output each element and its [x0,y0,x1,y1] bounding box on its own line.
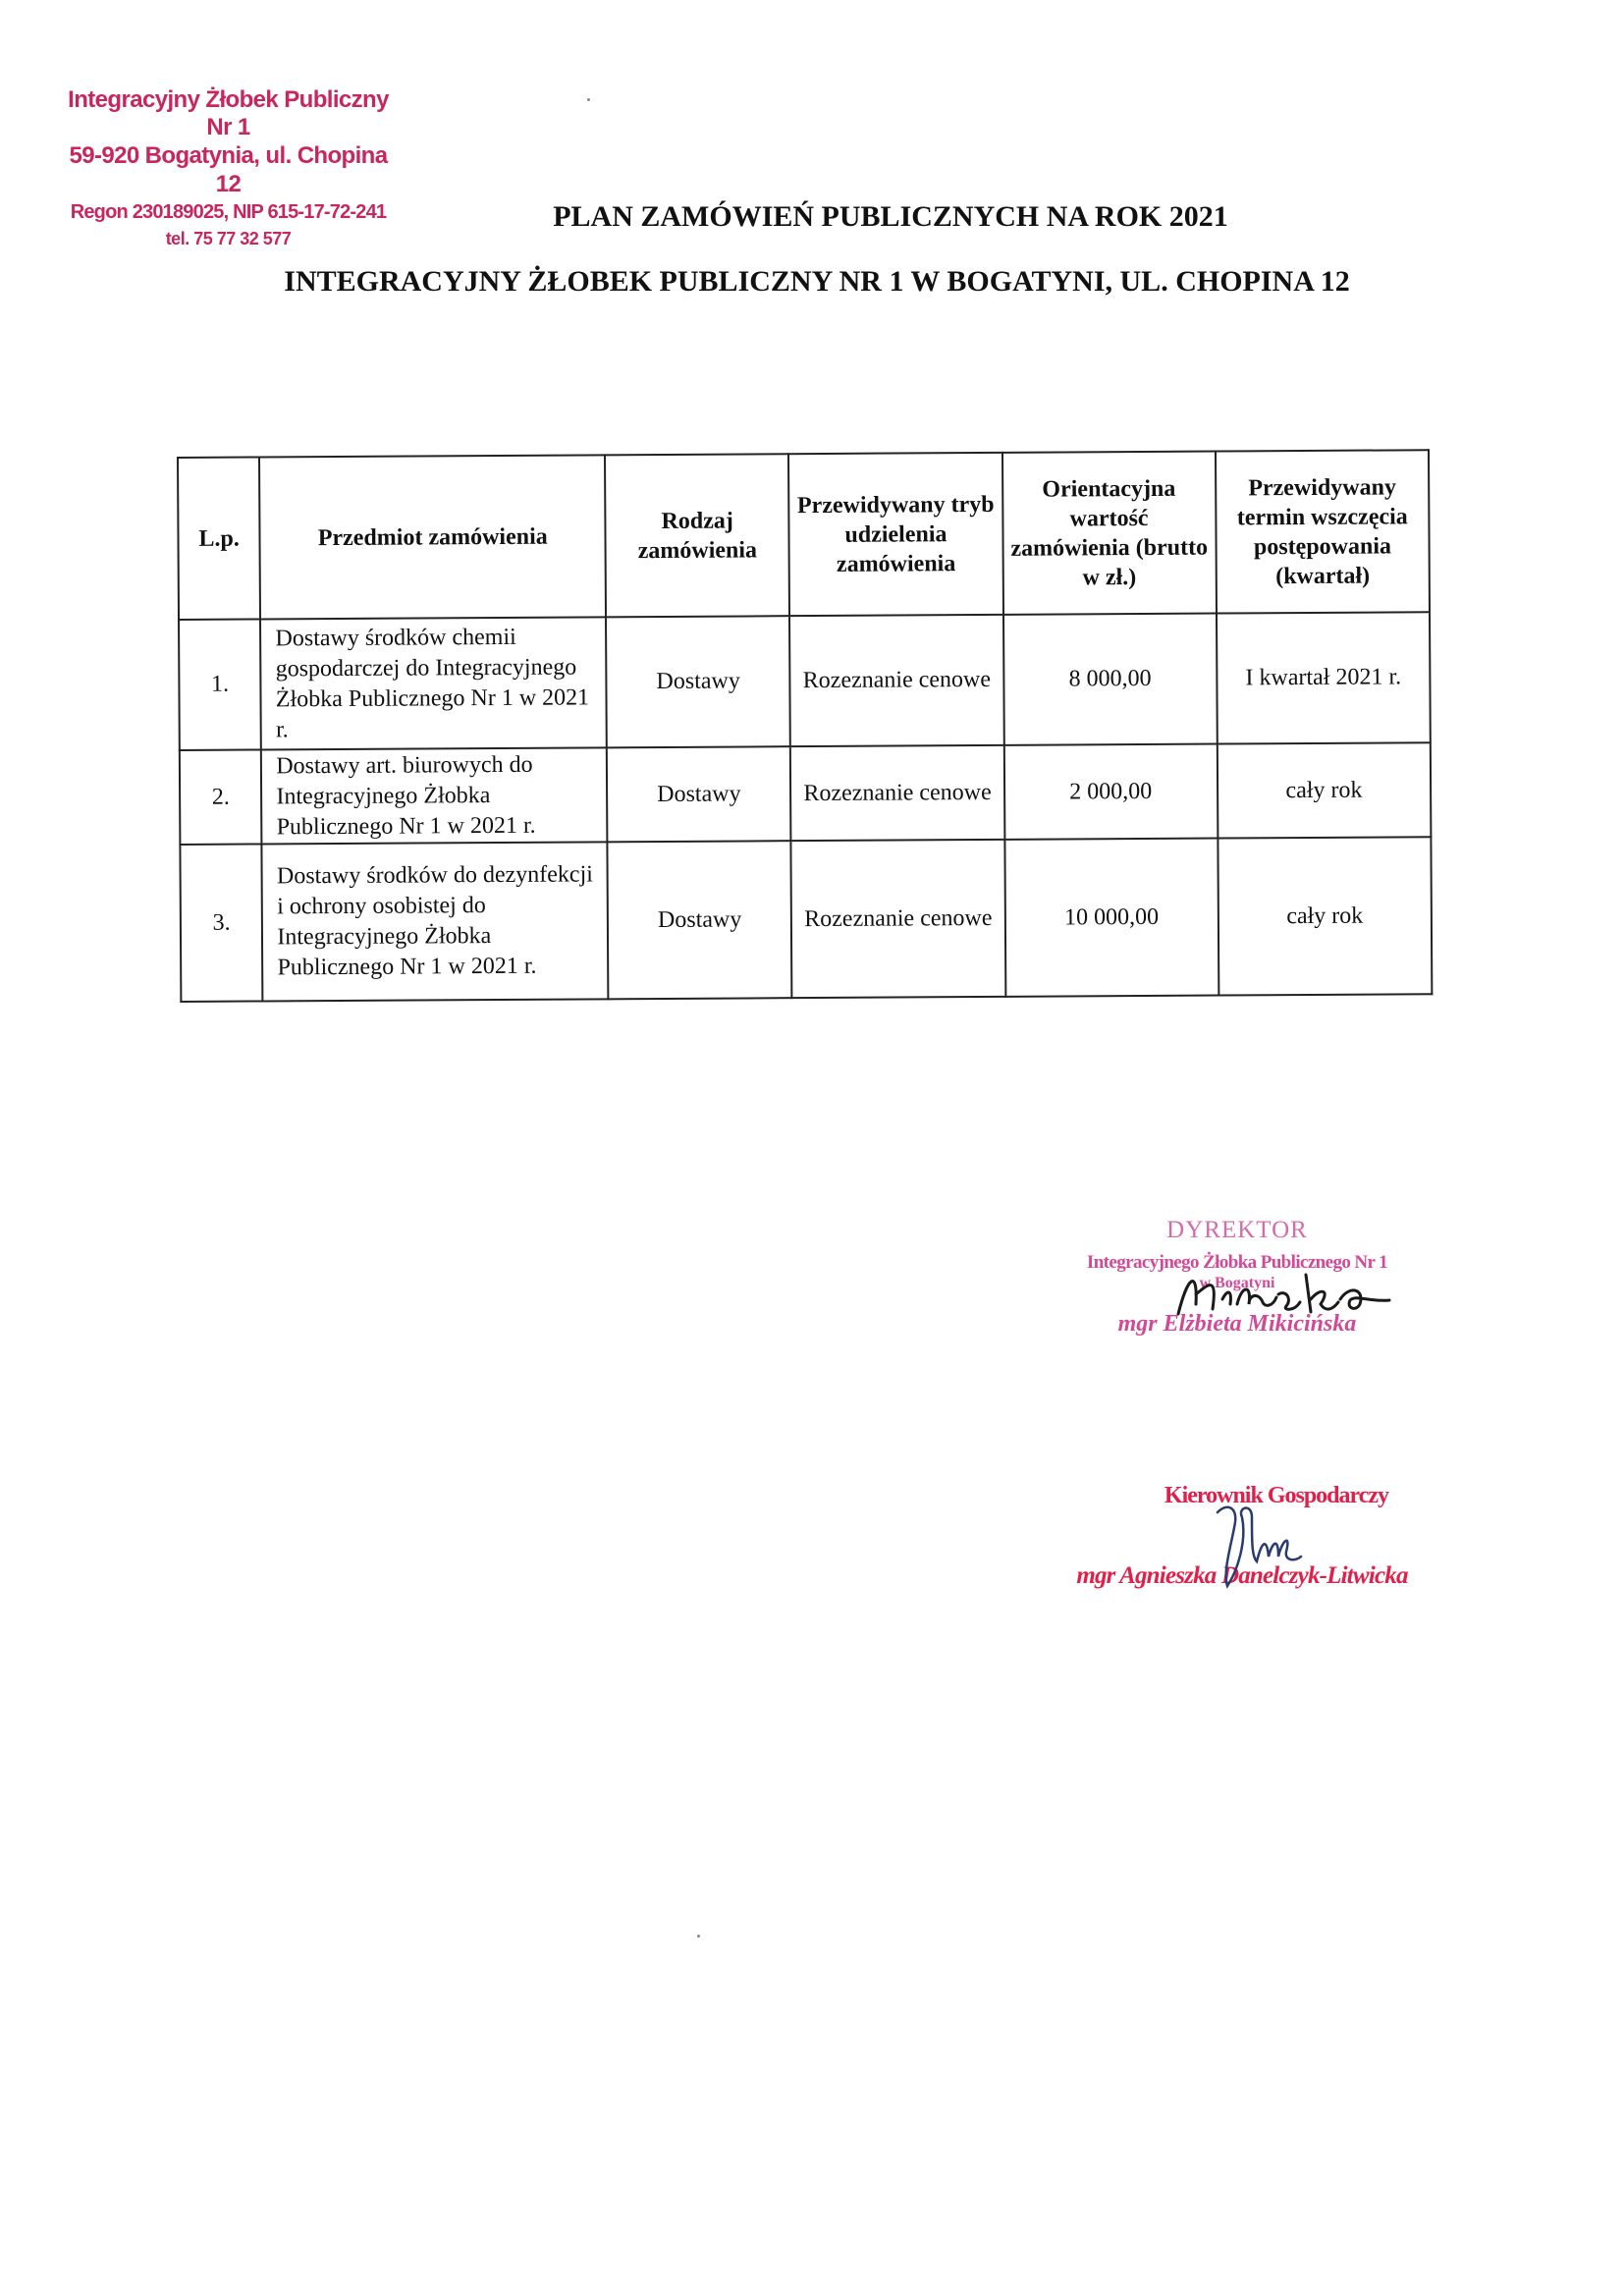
header-mode: Przewidywany tryb udzielenia zamówienia [788,453,1002,616]
cell-lp: 1. [179,619,261,750]
document-title: PLAN ZAMÓWIEŃ PUBLICZNYCH NA ROK 2021 [0,200,1624,234]
cell-value: 10 000,00 [1004,839,1218,997]
header-value: Orientacyjna wartość zamówienia (brutto … [1002,452,1217,615]
table-row: 1. Dostawy środków chemii gospodarczej d… [179,612,1431,750]
cell-mode: Rozeznanie cenowe [789,615,1003,746]
cell-value: 8 000,00 [1003,614,1218,745]
cell-value: 2 000,00 [1003,744,1218,840]
director-role: DYREKTOR [1051,1216,1424,1245]
cell-lp: 3. [180,844,262,1002]
cell-term: I kwartał 2021 r. [1217,612,1431,743]
table-row: 3. Dostawy środków do dezynfekcji i ochr… [180,837,1432,1002]
cell-mode: Rozeznanie cenowe [790,745,1004,841]
director-signature-block: DYREKTOR Integracyjnego Żłobka Publiczne… [1051,1216,1424,1338]
cell-type: Dostawy [607,746,791,842]
header-lp: L.p. [178,457,260,620]
cell-type: Dostawy [606,616,790,747]
cell-mode: Rozeznanie cenowe [791,840,1005,998]
stamp-line-address: 59-920 Bogatynia, ul. Chopina 12 [59,141,398,198]
table-header-row: L.p. Przedmiot zamówienia Rodzaj zamówie… [178,450,1430,620]
cell-subject: Dostawy środków chemii gospodarczej do I… [260,617,607,749]
document-subtitle: INTEGRACYJNY ŻŁOBEK PUBLICZNY NR 1 W BOG… [0,265,1624,299]
cell-lp: 2. [180,749,262,845]
manager-signature-block: Kierownik Gospodarczy mgr Agnieszka Dane… [1041,1481,1443,1591]
header-type: Rodzaj zamówienia [605,454,789,617]
scan-speck [697,1935,700,1938]
cell-term: cały rok [1218,837,1432,995]
cell-type: Dostawy [608,841,792,999]
table-row: 2. Dostawy art. biurowych do Integracyjn… [180,742,1432,845]
manager-handwritten-signature-icon [1208,1503,1316,1591]
scan-speck [587,98,590,101]
header-subject: Przedmiot zamówienia [259,455,606,619]
cell-term: cały rok [1218,742,1432,838]
header-term: Przewidywany termin wszczęcia postępowan… [1216,450,1430,613]
cell-subject: Dostawy środków do dezynfekcji i ochrony… [262,842,609,1001]
director-handwritten-signature-icon [1168,1265,1404,1324]
stamp-line-name: Integracyjny Żłobek Publiczny Nr 1 [59,86,398,141]
cell-subject: Dostawy art. biurowych do Integracyjnego… [261,747,607,844]
document-page: Integracyjny Żłobek Publiczny Nr 1 59-92… [0,0,1624,2296]
procurement-plan-table: L.p. Przedmiot zamówienia Rodzaj zamówie… [177,449,1433,1003]
